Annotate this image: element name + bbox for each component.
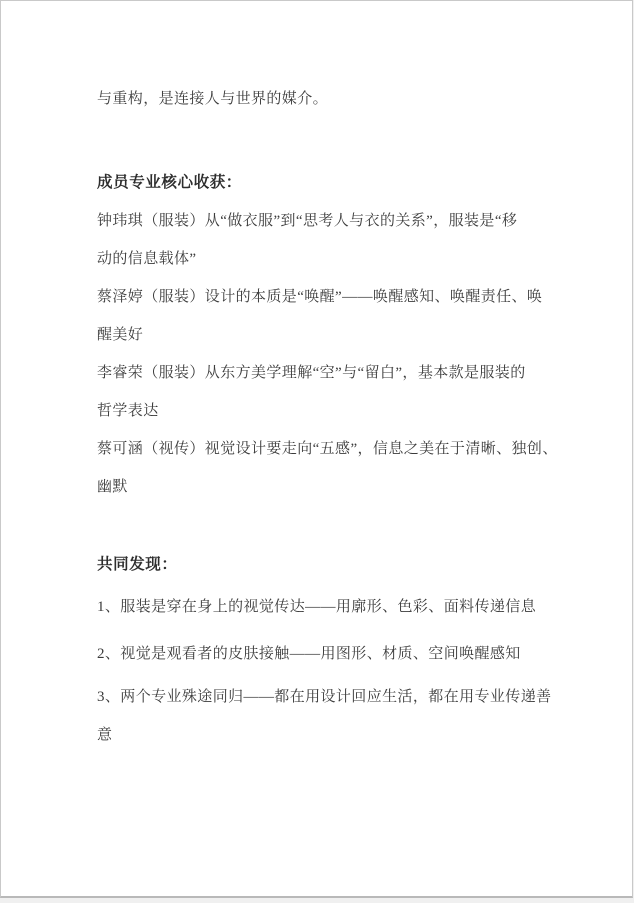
finding-item-2: 2、视觉是观看者的皮肤接触——用图形、材质、空间唤醒感知: [97, 635, 549, 673]
member-gain-caizeting: 蔡泽婷（服装）设计的本质是“唤醒”——唤醒感知、唤醒责任、唤 醒美好: [97, 278, 549, 354]
paragraph-continuation: 与重构，是连接人与世界的媒介。: [97, 80, 549, 118]
member-gain-zhongweiqi: 钟玮琪（服装）从“做衣服”到“思考人与衣的关系”，服装是“移 动的信息载体”: [97, 202, 549, 278]
section-heading-common-findings: 共同发现：: [97, 546, 549, 584]
finding-item-3: 3、两个专业殊途同归——都在用设计回应生活，都在用专业传递善 意: [97, 678, 549, 754]
finding-item-1: 1、服装是穿在身上的视觉传达——用廓形、色彩、面料传递信息: [97, 588, 549, 626]
page-content: 与重构，是连接人与世界的媒介。 成员专业核心收获： 钟玮琪（服装）从“做衣服”到…: [97, 1, 549, 754]
member-gain-caikehan: 蔡可涵（视传）视觉设计要走向“五感”，信息之美在于清晰、独创、 幽默: [97, 430, 549, 506]
member-gain-liruirong: 李睿荣（服装）从东方美学理解“空”与“留白”，基本款是服装的 哲学表达: [97, 354, 549, 430]
document-viewport: 与重构，是连接人与世界的媒介。 成员专业核心收获： 钟玮琪（服装）从“做衣服”到…: [0, 0, 634, 903]
section-heading-member-gains: 成员专业核心收获：: [97, 164, 549, 202]
document-page[interactable]: 与重构，是连接人与世界的媒介。 成员专业核心收获： 钟玮琪（服装）从“做衣服”到…: [0, 0, 633, 898]
